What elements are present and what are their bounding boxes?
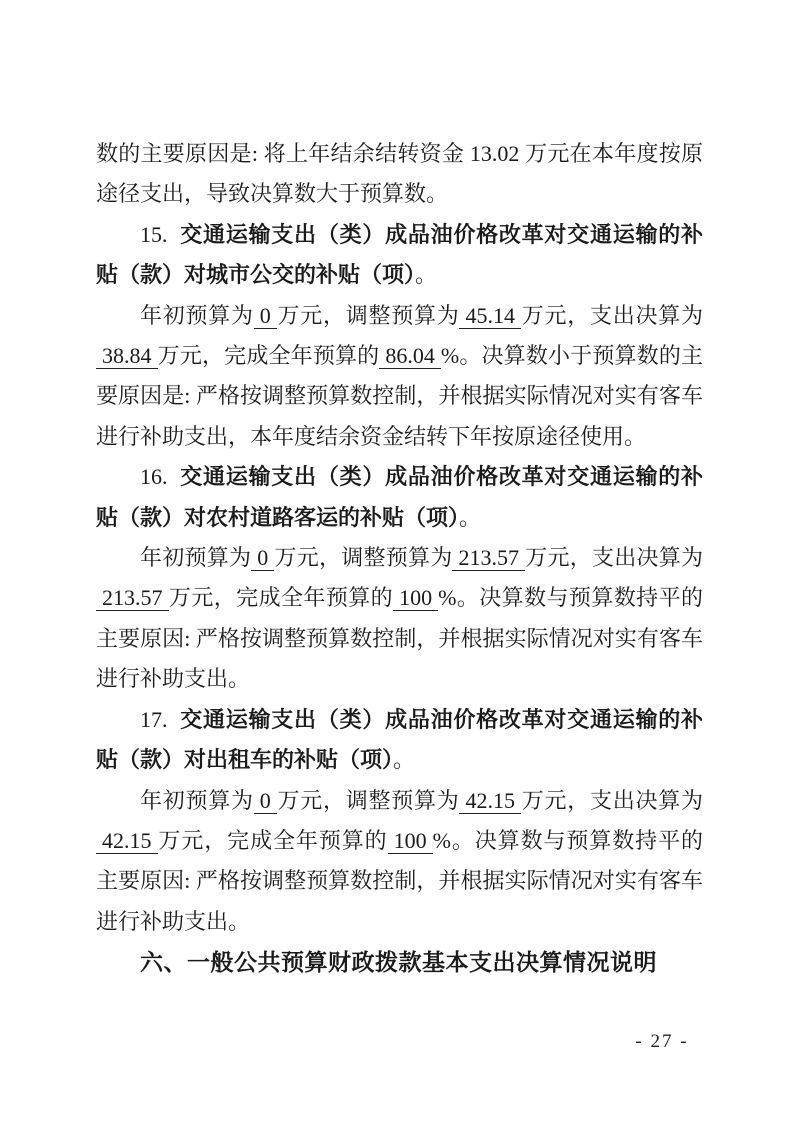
value-initial-budget-15: 0	[254, 303, 277, 329]
text-run: 年初预算为	[140, 545, 251, 570]
section-17-heading: 17.交通运输支出（类）成品油价格改革对交通运输的补贴（款）对出租车的补贴（项）…	[96, 700, 703, 781]
text-run: 万元，支出决算为	[521, 788, 703, 813]
text-run: 万元，完成全年预算的	[158, 343, 380, 368]
section-17-period: 。	[393, 747, 415, 772]
value-final-expenditure-15: 38.84	[96, 343, 158, 369]
intro-paragraph: 数的主要原因是: 将上年结余结转资金 13.02 万元在本年度按原途径支出，导致…	[96, 134, 703, 215]
section-17-body: 年初预算为0万元，调整预算为42.15万元，支出决算为42.15万元，完成全年预…	[96, 781, 703, 943]
text-run: 万元，完成全年预算的	[169, 585, 394, 610]
section-15-title: 交通运输支出（类）成品油价格改革对交通运输的补贴（款）对城市公交的补贴（项）	[96, 222, 703, 287]
value-adjusted-budget-17: 42.15	[459, 788, 521, 814]
page-number: - 27 -	[612, 1031, 712, 1053]
text-run: 万元，调整预算为	[274, 545, 452, 570]
text-run: 年初预算为	[140, 788, 254, 813]
value-initial-budget-16: 0	[251, 545, 274, 571]
value-completion-percent-15: 86.04	[379, 343, 441, 369]
value-final-expenditure-16: 213.57	[96, 585, 169, 611]
section-16-period: 。	[459, 505, 481, 530]
section-15-body: 年初预算为0万元，调整预算为45.14万元，支出决算为38.84万元，完成全年预…	[96, 296, 703, 458]
text-run: 万元，支出决算为	[521, 303, 703, 328]
value-initial-budget-17: 0	[254, 788, 277, 814]
section-six-heading: 六、一般公共预算财政拨款基本支出决算情况说明	[96, 942, 703, 982]
section-17-number: 17.	[140, 707, 168, 732]
value-adjusted-budget-15: 45.14	[459, 303, 521, 329]
section-15-number: 15.	[140, 222, 168, 247]
text-run: 万元，调整预算为	[277, 303, 460, 328]
value-adjusted-budget-16: 213.57	[452, 545, 525, 571]
document-text-block: 数的主要原因是: 将上年结余结转资金 13.02 万元在本年度按原途径支出，导致…	[96, 134, 703, 983]
value-final-expenditure-17: 42.15	[96, 828, 158, 854]
section-16-title: 交通运输支出（类）成品油价格改革对交通运输的补贴（款）对农村道路客运的补贴（项）	[96, 464, 703, 529]
text-run: 万元，完成全年预算的	[158, 828, 388, 853]
text-run: 万元，支出决算为	[525, 545, 703, 570]
section-16-heading: 16.交通运输支出（类）成品油价格改革对交通运输的补贴（款）对农村道路客运的补贴…	[96, 457, 703, 538]
section-15-heading: 15.交通运输支出（类）成品油价格改革对交通运输的补贴（款）对城市公交的补贴（项…	[96, 215, 703, 296]
text-run: 万元，调整预算为	[277, 788, 460, 813]
section-16-number: 16.	[140, 464, 168, 489]
value-completion-percent-17: 100	[388, 828, 433, 854]
value-completion-percent-16: 100	[393, 585, 438, 611]
section-15-period: 。	[415, 262, 437, 287]
text-run: 年初预算为	[140, 303, 254, 328]
section-16-body: 年初预算为0万元，调整预算为213.57万元，支出决算为213.57万元，完成全…	[96, 538, 703, 700]
